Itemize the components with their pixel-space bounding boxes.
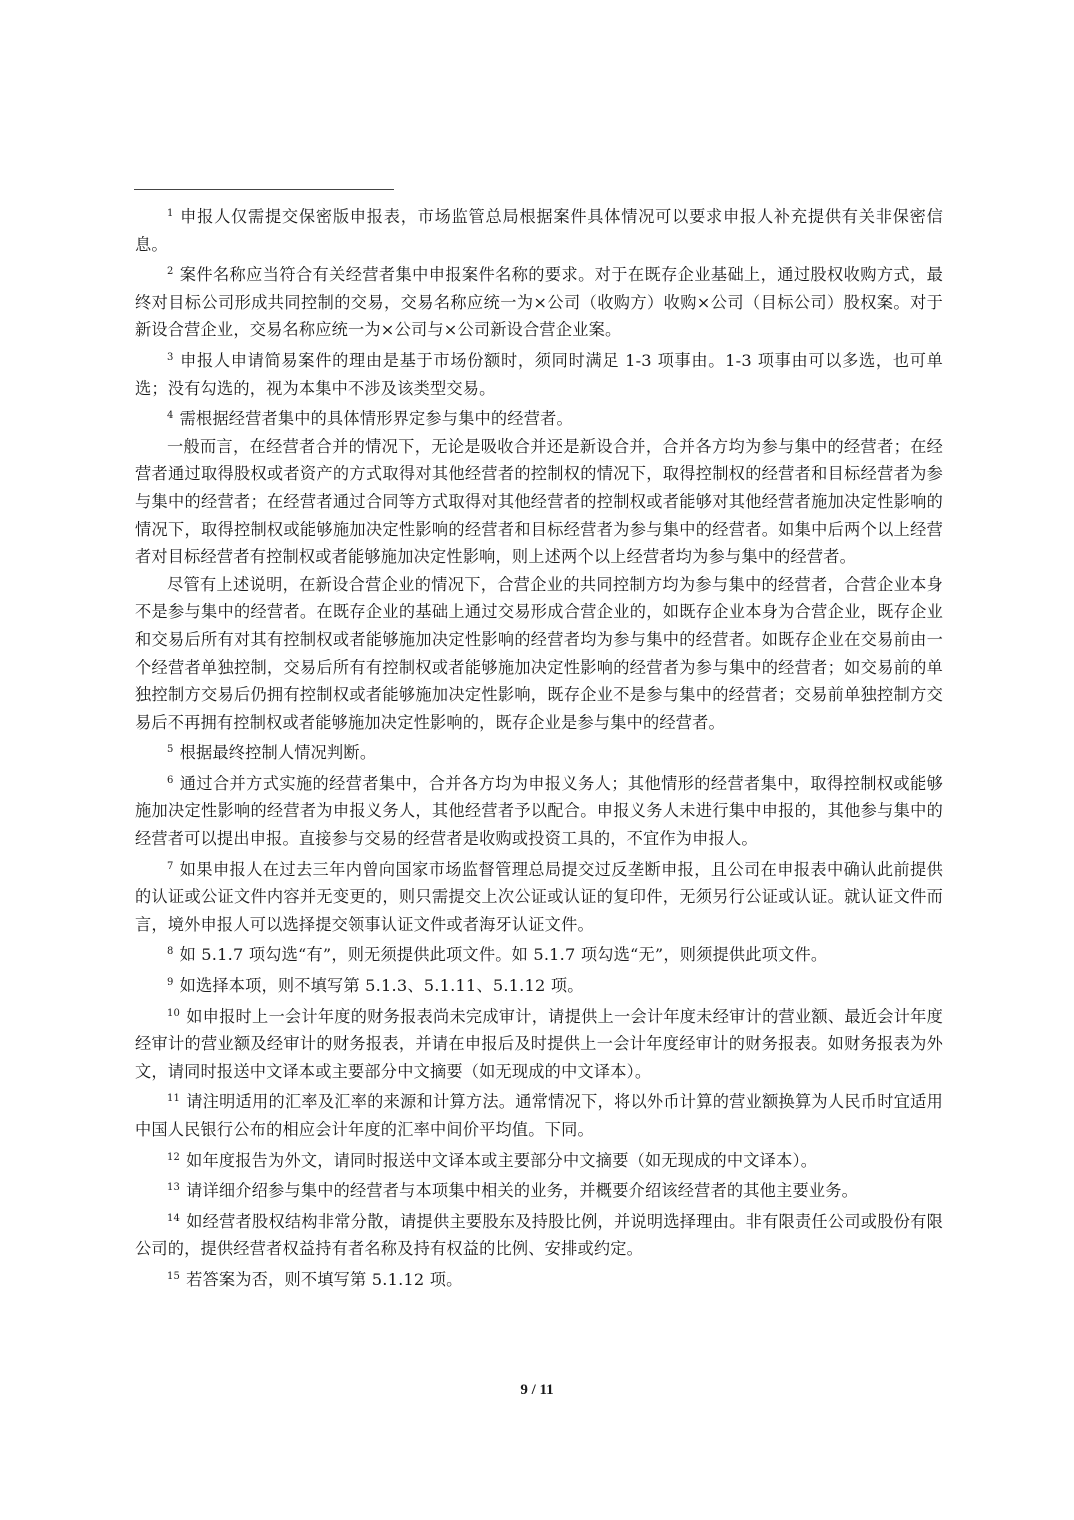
page-number: 9 / 11 xyxy=(0,1382,1074,1399)
footnote-marker: 9 xyxy=(167,977,174,988)
footnote-4: 4需根据经营者集中的具体情形界定参与集中的经营者。 xyxy=(135,402,943,433)
footnote-2: 2案件名称应当符合有关经营者集中申报案件名称的要求。对于在既存企业基础上，通过股… xyxy=(135,258,943,344)
footnote-marker: 8 xyxy=(167,946,174,957)
footnote-1: 1申报人仅需提交保密版申报表，市场监管总局根据案件具体情况可以要求申报人补充提供… xyxy=(135,200,943,258)
footnote-text: 案件名称应当符合有关经营者集中申报案件名称的要求。对于在既存企业基础上，通过股权… xyxy=(135,265,943,339)
footnote-text: 一般而言，在经营者合并的情况下，无论是吸收合并还是新设合并，合并各方均为参与集中… xyxy=(135,437,943,566)
footnote-3: 3申报人申请简易案件的理由是基于市场份额时，须同时满足 1-3 项事由。1-3 … xyxy=(135,344,943,402)
footnote-text: 若答案为否，则不填写第 5.1.12 项。 xyxy=(186,1270,462,1289)
footnote-10: 10如申报时上一会计年度的财务报表尚未完成审计，请提供上一会计年度未经审计的营业… xyxy=(135,1000,943,1086)
footnote-marker: 5 xyxy=(167,744,174,755)
footnote-5: 5根据最终控制人情况判断。 xyxy=(135,736,943,767)
footnote-8: 8如 5.1.7 项勾选“有”，则无须提供此项文件。如 5.1.7 项勾选“无”… xyxy=(135,938,943,969)
footnote-text: 申报人仅需提交保密版申报表，市场监管总局根据案件具体情况可以要求申报人补充提供有… xyxy=(135,207,943,254)
footnote-7: 7如果申报人在过去三年内曾向国家市场监督管理总局提交过反垄断申报，且公司在申报表… xyxy=(135,853,943,939)
footnote-6: 6通过合并方式实施的经营者集中，合并各方均为申报义务人；其他情形的经营者集中，取… xyxy=(135,767,943,853)
footnote-text: 尽管有上述说明，在新设合营企业的情况下，合营企业的共同控制方均为参与集中的经营者… xyxy=(135,575,943,732)
footnote-13: 13请详细介绍参与集中的经营者与本项集中相关的业务，并概要介绍该经营者的其他主要… xyxy=(135,1174,943,1205)
footnote-text: 通过合并方式实施的经营者集中，合并各方均为申报义务人；其他情形的经营者集中，取得… xyxy=(135,774,943,848)
footnote-marker: 2 xyxy=(167,266,174,277)
footnote-separator xyxy=(134,189,394,190)
footnote-text: 请注明适用的汇率及汇率的来源和计算方法。通常情况下，将以外币计算的营业额换算为人… xyxy=(135,1092,943,1139)
footnote-marker: 7 xyxy=(167,861,174,872)
footnote-marker: 6 xyxy=(167,775,174,786)
footnote-text: 如选择本项，则不填写第 5.1.3、5.1.11、5.1.12 项。 xyxy=(180,976,584,995)
footnote-marker: 10 xyxy=(167,1008,180,1019)
footnote-14: 14如经营者股权结构非常分散，请提供主要股东及持股比例，并说明选择理由。非有限责… xyxy=(135,1205,943,1263)
footnote-text: 如经营者股权结构非常分散，请提供主要股东及持股比例，并说明选择理由。非有限责任公… xyxy=(135,1212,943,1259)
footnote-marker: 3 xyxy=(167,352,174,363)
footnote-marker: 13 xyxy=(167,1182,180,1193)
footnote-marker: 4 xyxy=(167,410,174,421)
footnote-text: 如年度报告为外文，请同时报送中文译本或主要部分中文摘要（如无现成的中文译本）。 xyxy=(186,1151,817,1170)
footnote-12: 12如年度报告为外文，请同时报送中文译本或主要部分中文摘要（如无现成的中文译本）… xyxy=(135,1144,943,1175)
footnote-4-paragraph-3: 尽管有上述说明，在新设合营企业的情况下，合营企业的共同控制方均为参与集中的经营者… xyxy=(135,571,943,737)
footnote-text: 如 5.1.7 项勾选“有”，则无须提供此项文件。如 5.1.7 项勾选“无”，… xyxy=(180,945,828,964)
footnote-marker: 1 xyxy=(167,208,174,219)
footnote-marker: 12 xyxy=(167,1152,180,1163)
footnote-text: 申报人申请简易案件的理由是基于市场份额时，须同时满足 1-3 项事由。1-3 项… xyxy=(135,351,943,398)
footnote-15: 15若答案为否，则不填写第 5.1.12 项。 xyxy=(135,1263,943,1294)
footnote-text: 请详细介绍参与集中的经营者与本项集中相关的业务，并概要介绍该经营者的其他主要业务… xyxy=(186,1181,858,1200)
footnotes: 1申报人仅需提交保密版申报表，市场监管总局根据案件具体情况可以要求申报人补充提供… xyxy=(135,200,943,1294)
footnote-text: 需根据经营者集中的具体情形界定参与集中的经营者。 xyxy=(180,409,573,428)
footnote-marker: 15 xyxy=(167,1271,180,1282)
footnote-text: 如申报时上一会计年度的财务报表尚未完成审计，请提供上一会计年度未经审计的营业额、… xyxy=(135,1007,943,1081)
footnote-marker: 14 xyxy=(167,1213,180,1224)
footnote-11: 11请注明适用的汇率及汇率的来源和计算方法。通常情况下，将以外币计算的营业额换算… xyxy=(135,1085,943,1143)
footnote-text: 根据最终控制人情况判断。 xyxy=(180,743,377,762)
footnote-4-paragraph-2: 一般而言，在经营者合并的情况下，无论是吸收合并还是新设合并，合并各方均为参与集中… xyxy=(135,433,943,571)
footnote-text: 如果申报人在过去三年内曾向国家市场监督管理总局提交过反垄断申报，且公司在申报表中… xyxy=(135,860,943,934)
footnote-9: 9如选择本项，则不填写第 5.1.3、5.1.11、5.1.12 项。 xyxy=(135,969,943,1000)
footnote-marker: 11 xyxy=(167,1093,180,1104)
